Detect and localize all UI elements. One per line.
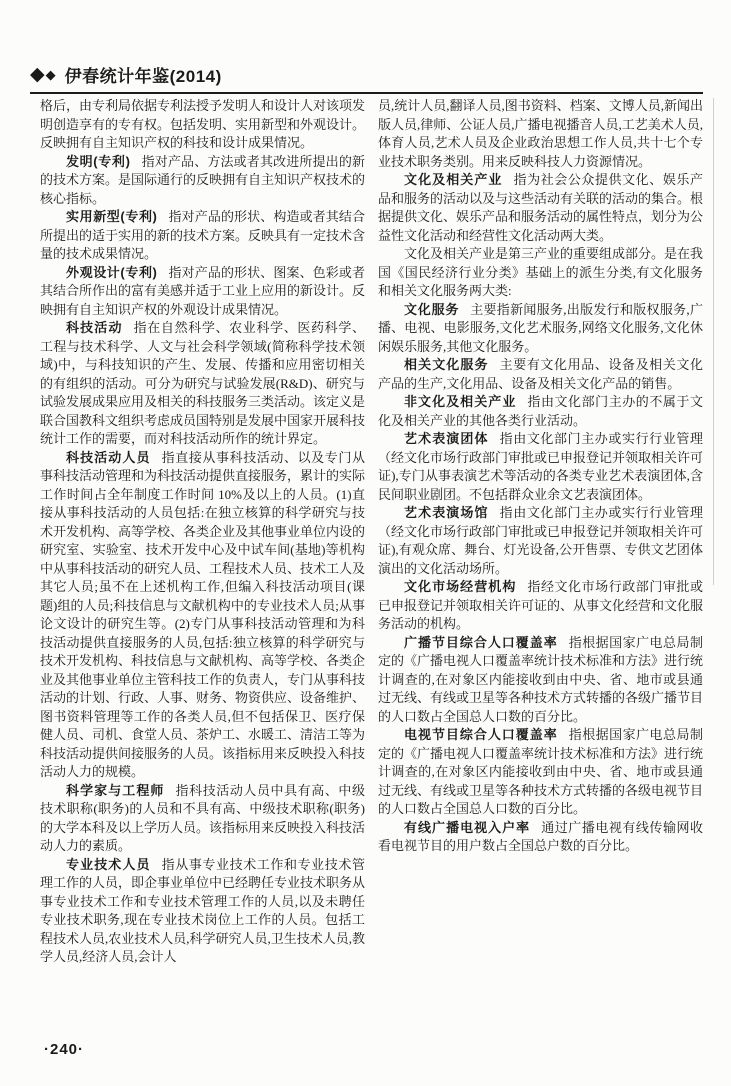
term-label: 文化服务 (404, 302, 470, 317)
term-label: 科技活动人员 (66, 450, 162, 465)
paragraph: 艺术表演团体指由文化部门主办或实行行业管理（经文化市场行政部门审批或已申报登记并… (378, 430, 703, 504)
paragraph: 文化服务主要指新闻服务,出版发行和版权服务,广播、电视、电影服务,文化艺术服务,… (378, 301, 703, 357)
paragraph: 广播节目综合人口覆盖率指根据国家广电总局制定的《广播电视人口覆盖率统计技术标准和… (378, 634, 703, 727)
term-label: 艺术表演团体 (404, 431, 500, 446)
page-title: 伊春统计年鉴(2014) (65, 62, 222, 87)
term-label: 有线广播电视入户率 (404, 820, 541, 835)
term-label: 文化及相关产业 (404, 172, 514, 187)
page-header: ◆ ◆ 伊春统计年鉴(2014) (30, 62, 222, 87)
term-label: 文化市场经营机构 (404, 579, 527, 594)
diamond-icon: ◆ (30, 65, 45, 84)
term-label: 发明(专利) (66, 154, 141, 169)
paragraph: 格后，由专利局依据专利法授予发明人和设计人对该项发明创造享有的专有权。包括发明、… (40, 97, 365, 153)
paragraph-text: 指直接从事科技活动、以及专门从事科技活动管理和为科技活动提供直接服务，累计的实际… (40, 450, 365, 780)
left-column: 格后，由专利局依据专利法授予发明人和设计人对该项发明创造享有的专有权。包括发明、… (40, 97, 365, 967)
diamond-icon: ◆ (46, 68, 56, 81)
paragraph: 非文化及相关产业指由文化部门主办的不属于文化及相关产业的其他各类行业活动。 (378, 393, 703, 430)
paragraph: 文化及相关产业是第三产业的重要组成部分。是在我国《国民经济行业分类》基础上的派生… (378, 245, 703, 301)
term-label: 相关文化服务 (404, 357, 500, 372)
paragraph: 有线广播电视入户率通过广播电视有线传输网收看电视节目的用户数占全国总户数的百分比… (378, 819, 703, 856)
paragraph: 文化及相关产业指为社会公众提供文化、娱乐产品和服务的活动以及与这些活动有关联的活… (378, 171, 703, 245)
term-label: 实用新型(专利) (66, 209, 168, 224)
paragraph-text: 指在自然科学、农业科学、医药科学、工程与技术科学、人文与社会科学领域(简称科学技… (40, 320, 365, 446)
paragraph: 发明(专利)指对产品、方法或者其改进所提出的新的技术方案。是国际通行的反映拥有自… (40, 153, 365, 209)
paragraph: 电视节目综合人口覆盖率指根据国家广电总局制定的《广播电视人口覆盖率统计技术标准和… (378, 726, 703, 819)
paragraph-text: 员,统计人员,翻译人员,图书资料、档案、文博人员,新闻出版人员,律师、公证人员,… (378, 98, 703, 169)
scan-artifact-line (713, 98, 714, 585)
term-label: 电视节目综合人口覆盖率 (404, 727, 569, 742)
paragraph: 科技活动指在自然科学、农业科学、医药科学、工程与技术科学、人文与社会科学领域(简… (40, 319, 365, 449)
term-label: 专业技术人员 (66, 857, 162, 872)
yearbook-page: ◆ ◆ 伊春统计年鉴(2014) 格后，由专利局依据专利法授予发明人和设计人对该… (0, 0, 731, 1086)
paragraph: 相关文化服务主要有文化用品、设备及相关文化产品的生产,文化用品、设备及相关文化产… (378, 356, 703, 393)
header-divider (30, 92, 703, 94)
paragraph: 实用新型(专利)指对产品的形状、构造或者其结合所提出的适于实用的新的技术方案。反… (40, 208, 365, 264)
page-number: ·240· (44, 1041, 84, 1058)
paragraph-text: 格后，由专利局依据专利法授予发明人和设计人对该项发明创造享有的专有权。包括发明、… (40, 98, 365, 150)
paragraph: 外观设计(专利)指对产品的形状、图案、色彩或者其结合所作出的富有美感并适于工业上… (40, 264, 365, 320)
term-label: 外观设计(专利) (66, 265, 168, 280)
right-column: 员,统计人员,翻译人员,图书资料、档案、文博人员,新闻出版人员,律师、公证人员,… (378, 97, 703, 967)
paragraph-text: 文化及相关产业是第三产业的重要组成部分。是在我国《国民经济行业分类》基础上的派生… (378, 246, 703, 298)
term-label: 艺术表演场馆 (404, 505, 500, 520)
paragraph: 科学家与工程师指科技活动人员中具有高、中级技术职称(职务)的人员和不具有高、中级… (40, 782, 365, 856)
term-label: 非文化及相关产业 (404, 394, 527, 409)
term-label: 科学家与工程师 (66, 783, 176, 798)
paragraph-text: 指从事专业技术工作和专业技术管理工作的人员，即企事业单位中已经聘任专业技术职务从… (40, 857, 365, 965)
term-label: 科技活动 (66, 320, 134, 335)
paragraph: 文化市场经营机构指经文化市场行政部门审批或已申报登记并领取相关许可证的、从事文化… (378, 578, 703, 634)
paragraph: 专业技术人员指从事专业技术工作和专业技术管理工作的人员，即企事业单位中已经聘任专… (40, 856, 365, 967)
paragraph: 艺术表演场馆指由文化部门主办或实行行业管理（经文化市场行政部门审批或已申报登记并… (378, 504, 703, 578)
paragraph: 员,统计人员,翻译人员,图书资料、档案、文博人员,新闻出版人员,律师、公证人员,… (378, 97, 703, 171)
text-columns: 格后，由专利局依据专利法授予发明人和设计人对该项发明创造享有的专有权。包括发明、… (40, 97, 703, 967)
paragraph: 科技活动人员指直接从事科技活动、以及专门从事科技活动管理和为科技活动提供直接服务… (40, 449, 365, 782)
term-label: 广播节目综合人口覆盖率 (404, 635, 569, 650)
